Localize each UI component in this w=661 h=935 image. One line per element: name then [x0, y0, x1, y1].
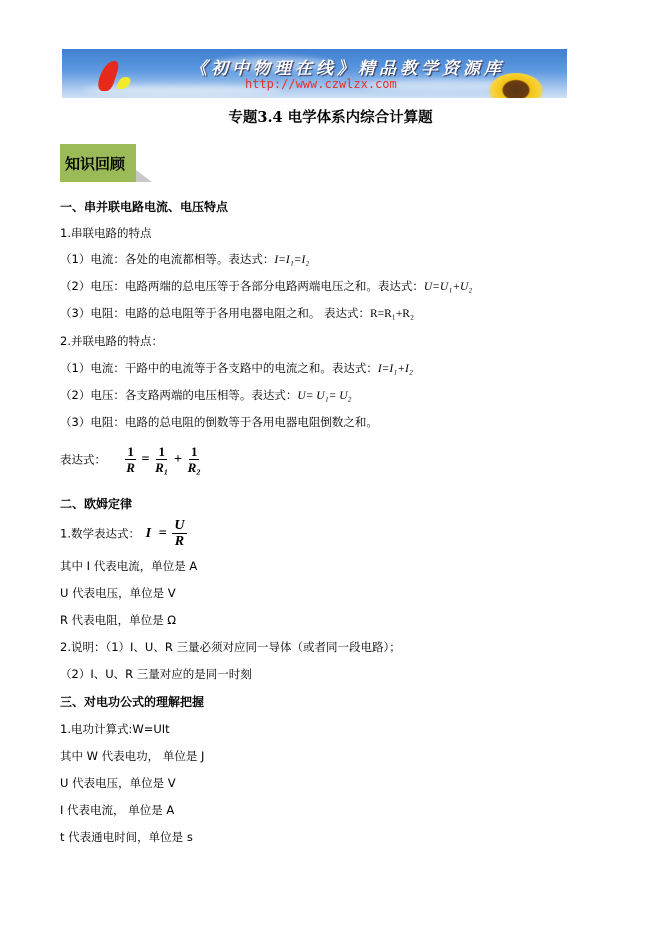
series-current: （1）电流：各处的电流都相等。表达式：I=I₁=I₂: [60, 251, 309, 267]
section-heading-1: 一、串并联电路电流、电压特点: [60, 198, 228, 215]
ohm-line-5: （2）I、U、R 三量对应的是同一时刻: [60, 666, 252, 682]
section-label-shadow: [136, 170, 152, 182]
series-current-text: （1）电流：各处的电流都相等。表达式：: [60, 252, 274, 266]
ohm-line-1: 其中 I 代表电流，单位是 A: [60, 558, 197, 574]
series-resistance-formula: R=R₁+R₂: [370, 308, 414, 320]
parallel-expression: 表达式： 1R = 1R₁ + 1R₂: [60, 444, 201, 475]
ohm-formula: 1.数学表达式： I = UR: [60, 518, 187, 549]
expression-label: 表达式：: [60, 453, 106, 467]
parallel-voltage-formula: U= U₁= U₂: [297, 390, 351, 402]
work-line-5: t 代表通电时间，单位是 s: [60, 829, 193, 845]
page-title: 专题3.4 电学体系内综合计算题: [0, 106, 661, 127]
parallel-current-formula: I=I₁+I₂: [378, 363, 413, 375]
section-heading-3: 三、对电功公式的理解把握: [60, 693, 204, 710]
fraction-term2: 1R₂: [188, 444, 201, 475]
ohm-line-3: R 代表电阻，单位是 Ω: [60, 612, 176, 628]
parallel-current: （1）电流：干路中的电流等于各支路中的电流之和。表达式：I=I₁+I₂: [60, 360, 413, 376]
section-label-box: 知识回顾: [60, 144, 136, 182]
series-voltage-formula: U=U₁+U₂: [424, 281, 472, 293]
fraction-term1: 1R₁: [155, 444, 168, 475]
ohm-lhs: I: [146, 526, 151, 541]
section-label: 知识回顾: [65, 153, 125, 174]
parallel-resistance: （3）电阻：电路的总电阻的倒数等于各用电器电阻倒数之和。: [60, 414, 378, 430]
ohm-line-2: U 代表电压，单位是 V: [60, 585, 176, 601]
parallel-title: 2.并联电路的特点：: [60, 333, 163, 349]
parallel-voltage-text: （2）电压：各支路两端的电压相等。表达式：: [60, 388, 297, 402]
banner-url: http://www.czwlzx.com: [245, 77, 397, 91]
ohm-equals: =: [159, 526, 167, 541]
banner-title: 《初中物理在线》精品教学资源库: [190, 54, 505, 79]
ohm-formula-label: 1.数学表达式：: [60, 527, 140, 541]
work-line-1: 1.电功计算式:W=UIt: [60, 721, 170, 737]
header-banner: 《初中物理在线》精品教学资源库 http://www.czwlzx.com: [62, 49, 567, 98]
ohm-line-4: 2.说明：（1）I、U、R 三量必须对应同一导体（或者同一段电路）；: [60, 639, 401, 655]
series-current-formula: I=I₁=I₂: [274, 254, 309, 266]
fraction-lhs: 1R: [125, 444, 136, 475]
series-resistance-text: （3）电阻：电路的总电阻等于各用电器电阻之和。 表达式：: [60, 306, 370, 320]
parallel-current-text: （1）电流：干路中的电流等于各支路中的电流之和。表达式：: [60, 361, 378, 375]
equals-sign: =: [141, 452, 149, 467]
work-line-2: 其中 W 代表电功， 单位是 J: [60, 748, 204, 764]
work-line-3: U 代表电压，单位是 V: [60, 775, 176, 791]
ohm-fraction: UR: [172, 518, 186, 549]
series-voltage-text: （2）电压：电路两端的总电压等于各部分电路两端电压之和。表达式：: [60, 279, 424, 293]
series-resistance: （3）电阻：电路的总电阻等于各用电器电阻之和。 表达式：R=R₁+R₂: [60, 305, 414, 321]
series-voltage: （2）电压：电路两端的总电压等于各部分电路两端电压之和。表达式：U=U₁+U₂: [60, 278, 472, 294]
parallel-voltage: （2）电压：各支路两端的电压相等。表达式：U= U₁= U₂: [60, 387, 352, 403]
series-title: 1.串联电路的特点: [60, 225, 151, 241]
plus-sign: +: [174, 452, 182, 467]
work-line-4: I 代表电流， 单位是 A: [60, 802, 174, 818]
section-heading-2: 二、欧姆定律: [60, 495, 132, 512]
